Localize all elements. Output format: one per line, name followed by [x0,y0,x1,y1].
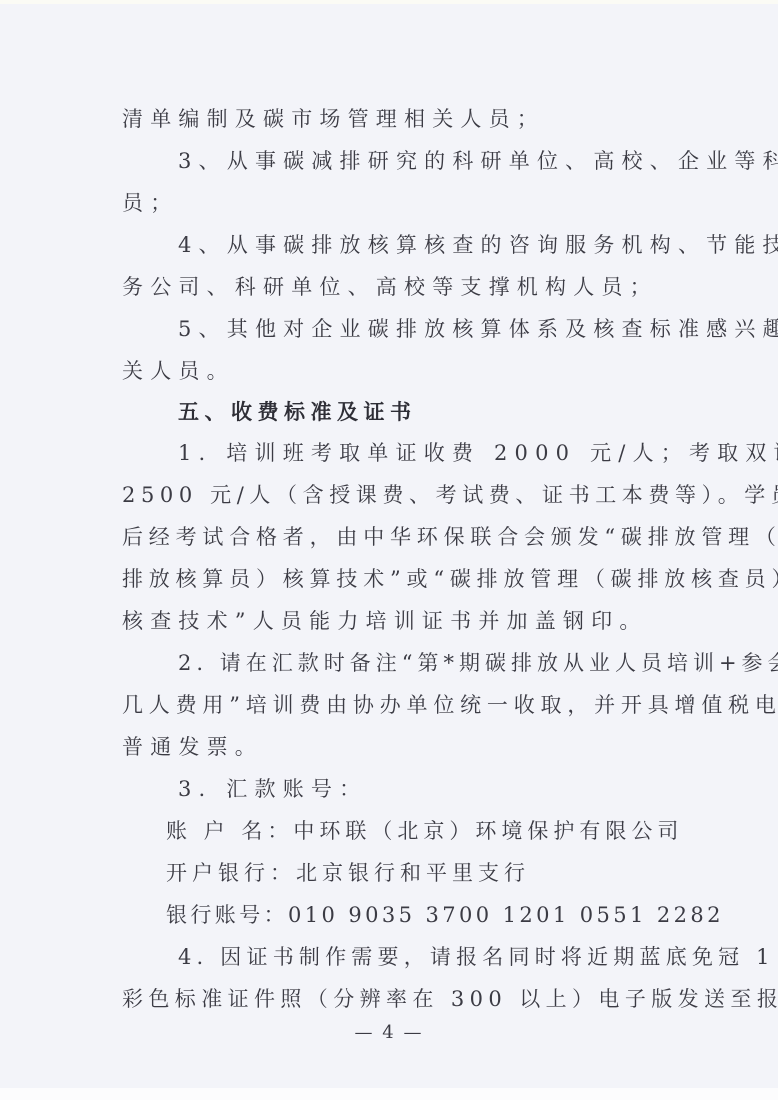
text-line: 关人员。 [122,356,667,386]
list-item-3: 3、从事碳减排研究的科研单位、高校、企业等科研人 [178,146,723,176]
text-line: 排放核算员）核算技术”或“碳排放管理（碳排放核查员） [122,564,667,594]
account-name: 账 户 名：中环联（北京）环境保护有限公司 [166,816,711,846]
text-line: 清单编制及碳市场管理相关人员； [122,104,667,134]
text-line: 员； [122,188,667,218]
page-number: — 4 — [0,1022,778,1043]
text-line: 2500 元/人（含授课费、考试费、证书工本费等）。学员培训 [122,480,667,510]
bank-name: 开户银行：北京银行和平里支行 [166,858,711,888]
document-page: 清单编制及碳市场管理相关人员； 3、从事碳减排研究的科研单位、高校、企业等科研人… [0,0,778,1100]
list-item-4: 4、从事碳排放核算核查的咨询服务机构、节能技术服 [178,230,723,260]
text-line: 后经考试合格者，由中华环保联合会颁发“碳排放管理（碳 [122,522,667,552]
text-line: 核查技术”人员能力培训证书并加盖钢印。 [122,606,667,636]
fee-item-4: 4. 因证书制作需要，请报名同时将近期蓝底免冠 1 寸 [178,942,723,972]
fee-item-3: 3. 汇款账号： [178,774,723,804]
scan-bottom-edge [0,1088,778,1100]
section-heading: 五、收费标准及证书 [178,397,723,427]
bank-account-number: 银行账号：010 9035 3700 1201 0551 2282 [166,900,711,930]
text-line: 几人费用”培训费由协办单位统一收取，并开具增值税电子 [122,690,667,720]
text-line: 务公司、科研单位、高校等支撑机构人员； [122,272,667,302]
fee-item-1: 1. 培训班考取单证收费 2000 元/人；考取双证收费 [178,438,723,468]
text-line: 彩色标准证件照（分辨率在 300 以上）电子版发送至报名邮 [122,984,667,1014]
fee-item-2: 2. 请在汇款时备注“第*期碳排放从业人员培训+参会 [178,648,723,678]
text-line: 普通发票。 [122,732,667,762]
list-item-5: 5、其他对企业碳排放核算体系及核查标准感兴趣的相 [178,314,723,344]
